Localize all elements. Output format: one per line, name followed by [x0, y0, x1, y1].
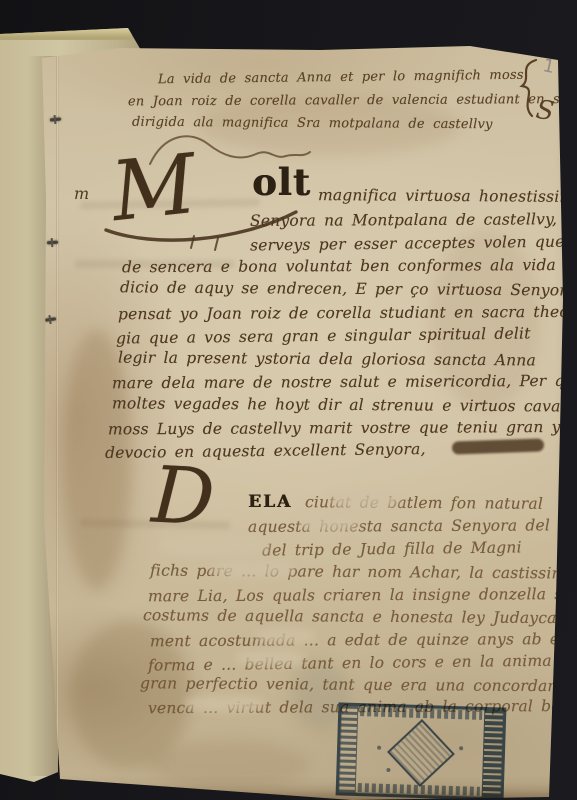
library-ink-stamp: [336, 702, 507, 800]
parchment-page: 1 S La vida de sancta Anna et per lo mag…: [0, 0, 577, 800]
manuscript-line: moltes vegades he hoyt dir al strenuu e …: [112, 394, 577, 415]
guide-letter: m: [74, 184, 89, 203]
ink-smudge: [452, 438, 544, 454]
manuscript-line: costums de aquella sancta e honesta ley …: [143, 606, 577, 628]
gutter-fold: [56, 50, 59, 780]
manuscript-line: del trip de Juda filla de Magni: [262, 538, 522, 559]
manuscript-line: pensat yo Joan roiz de corella studiant …: [118, 303, 577, 323]
manuscript-line: serveys per esser acceptes volen que pro…: [250, 232, 577, 255]
manuscript-line: Senyora na Montpalana de castellvy, Los: [250, 210, 577, 230]
manuscript-line: de sencera e bona voluntat ben conformes…: [122, 256, 577, 277]
binding-stitch: [50, 117, 61, 121]
faded-area: [330, 490, 400, 510]
stamp-side-text-left: [339, 705, 359, 792]
faded-area: [210, 560, 295, 578]
manuscript-line: ment acostumada ... a edat de quinze any…: [150, 630, 577, 650]
faded-area: [300, 514, 360, 532]
manuscript-line: magnifica virtuosa honestissima: [318, 186, 577, 206]
manuscript-line: legir la present ystoria dela gloriosa s…: [118, 349, 536, 370]
stain: [150, 740, 310, 790]
decorated-initial-D: D: [150, 456, 217, 537]
faded-area: [235, 650, 305, 666]
header-line: La vida de sancta Anna et per lo magnifi…: [158, 68, 524, 87]
faded-area: [185, 696, 265, 712]
stamp-side-text-right: [482, 710, 504, 798]
opening-word: ELA: [248, 492, 292, 512]
header-line: en Joan roiz de corella cavaller de vale…: [128, 92, 577, 110]
binding-stitch: [45, 317, 56, 322]
manuscript-line: forma e ... bellea tant en lo cors e en …: [148, 651, 577, 674]
faded-area: [255, 628, 315, 644]
manuscript-line: mare dela mare de nostre salut e miseric…: [112, 372, 577, 392]
opening-word: olt: [252, 160, 311, 204]
manuscript-photograph: 1 S La vida de sancta Anna et per lo mag…: [0, 0, 577, 800]
cover-gilt-edge: [0, 26, 132, 40]
manuscript-line: moss Luys de castellvy marit vostre que …: [108, 418, 577, 439]
manuscript-line: mare Lia, Los quals criaren la insigne d…: [148, 585, 577, 606]
manuscript-line: dicio de aquy se endrecen, E per ço virt…: [120, 278, 577, 299]
faded-area: [160, 536, 270, 556]
manuscript-line: aquesta honesta sancta Senyora del Noble: [248, 516, 577, 536]
manuscript-line: gran perfectio venia, tant que era una c…: [140, 674, 577, 695]
